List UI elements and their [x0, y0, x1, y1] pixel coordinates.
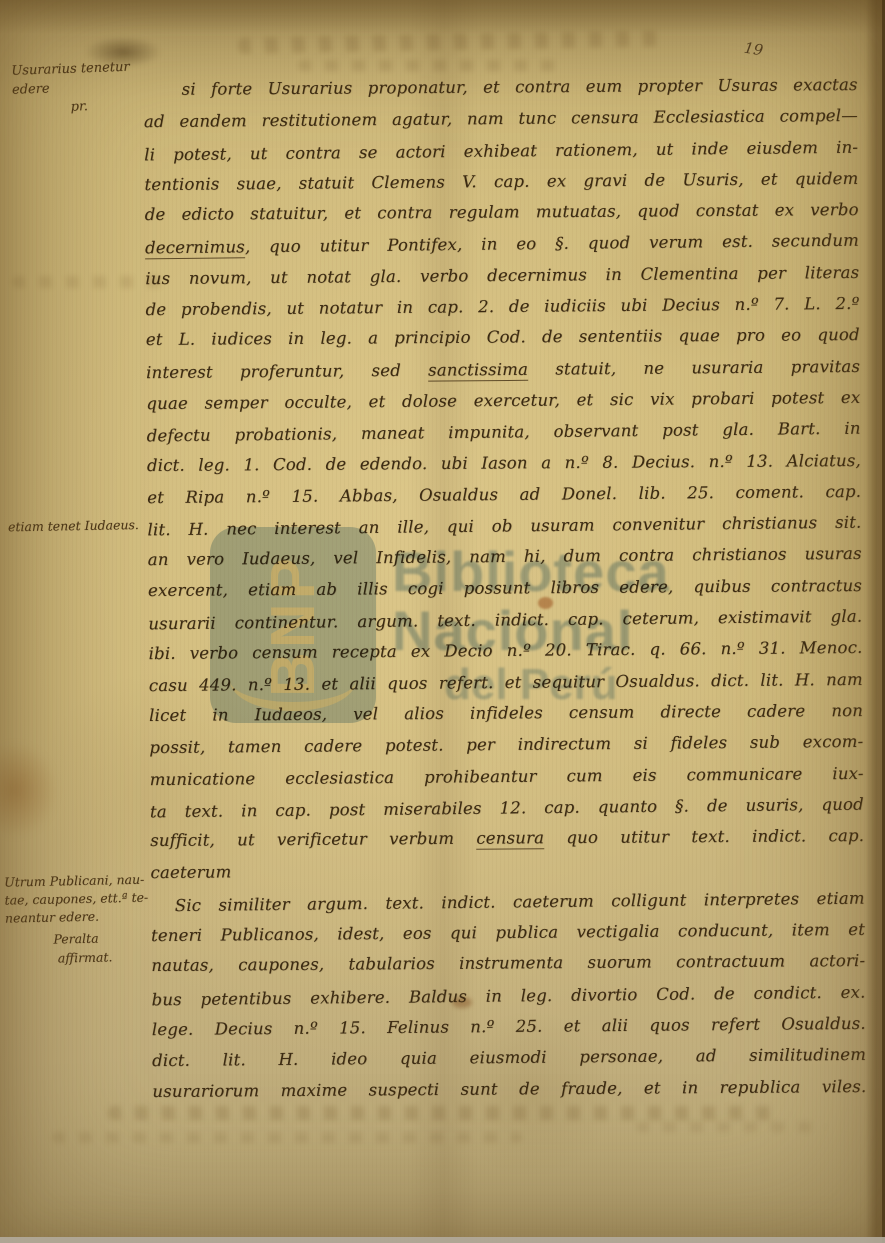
manuscript-line: nautas, caupones, tabularios instrumenta…: [151, 945, 865, 981]
margin-note-line: affirmat.: [6, 947, 158, 968]
page-edge-shadow-top: [0, 0, 885, 34]
margin-note-line: etiam tenet Iudaeus.: [8, 516, 158, 537]
manuscript-line: sufficit, ut verificetur verbum censura …: [150, 820, 864, 856]
ink-showthrough: [636, 1122, 826, 1132]
folio-number: 19: [743, 39, 765, 60]
scan-edge-strip: [0, 1237, 885, 1243]
margin-note-line: Peralta: [5, 925, 157, 950]
manuscript-line: dict. leg. 1. Cod. de edendo. ubi Iason …: [147, 445, 861, 481]
manuscript-line: et L. iudices in leg. a principio Cod. d…: [146, 319, 860, 355]
paper-stain: [0, 742, 58, 838]
margin-note-line: tae, caupones, ett.ª te-: [4, 889, 156, 910]
page-edge-shadow-right: [865, 0, 885, 1243]
margin-note-publicani: Utrum Publicani, nau-tae, caupones, ett.…: [4, 870, 158, 968]
manuscript-line: licet in Iudaeos, vel alios infideles ce…: [149, 695, 863, 731]
margin-note-iudaeus: etiam tenet Iudaeus.: [8, 516, 158, 537]
manuscript-line: usurariorum maxime suspecti sunt de frau…: [152, 1070, 866, 1106]
manuscript-line: exercent, etiam ab illis cogi possunt li…: [148, 570, 862, 606]
manuscript-body-text: si forte Usurarius proponatur, et contra…: [144, 69, 867, 1108]
manuscript-line: si forte Usurarius proponatur, et contra…: [144, 69, 858, 105]
manuscript-page: 19 Usurarius tenetur ederepr. etiam tene…: [0, 0, 885, 1243]
